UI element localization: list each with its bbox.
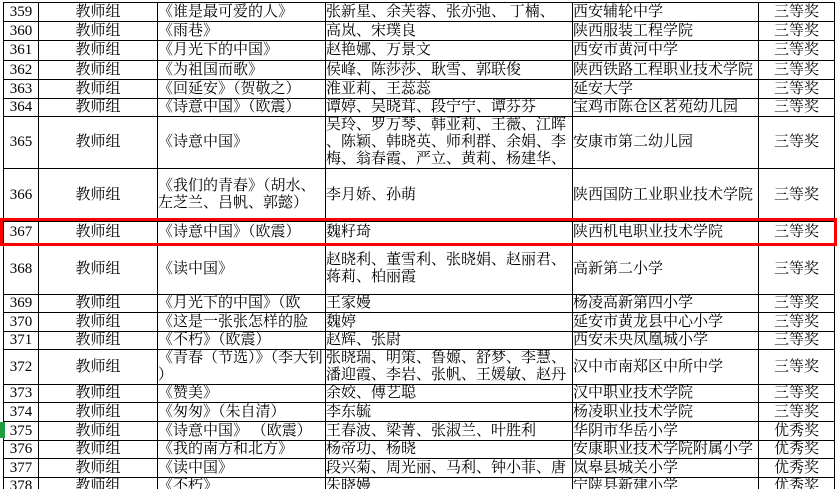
cell-award[interactable]: 三等奖 (759, 222, 835, 244)
cell-school[interactable]: 延安大学 (573, 80, 759, 99)
cell-participants[interactable]: 朱晓嫚 (326, 478, 573, 489)
cell-row-number[interactable]: 376 (4, 441, 39, 459)
document-page: 359教师组《谁是最可爱的人》张新星、余芙蓉、张亦弛、 丁楠、西安辅轮中学三等奖… (0, 0, 839, 489)
cell-group[interactable]: 教师组 (39, 61, 158, 80)
cell-school[interactable]: 高新第二小学 (573, 244, 759, 295)
cell-work-title[interactable]: 《不朽》（欧震） (158, 332, 326, 350)
cell-row-number[interactable]: 363 (4, 80, 39, 99)
table-row[interactable]: 372教师组《青春（节选）》（李大钊）张晓瑞、明策、鲁嫄、舒梦、李慧、潘迎霞、李… (4, 350, 835, 385)
cell-group[interactable]: 教师组 (39, 41, 158, 61)
cell-work-title[interactable]: 《月光下的中国》（欧 (158, 295, 326, 313)
cell-group[interactable]: 教师组 (39, 422, 158, 441)
cell-school[interactable]: 西安辅轮中学 (573, 3, 759, 22)
cell-row-number[interactable]: 366 (4, 169, 39, 222)
cell-participants[interactable]: 高岚、宋璞良 (326, 22, 573, 41)
cell-award[interactable]: 优秀奖 (759, 459, 835, 478)
cell-award[interactable]: 三等奖 (759, 385, 835, 403)
cell-participants[interactable]: 魏籽琦 (326, 222, 573, 244)
cell-work-title[interactable]: 《诗意中国》 （欧震） (158, 422, 326, 441)
cell-group[interactable]: 教师组 (39, 459, 158, 478)
cell-work-title[interactable]: 《月光下的中国》 (158, 41, 326, 61)
table-row[interactable]: 368教师组《读中国》赵晓利、董雪利、张晓娟、赵丽君、蒋莉、柏丽霞高新第二小学三… (4, 244, 835, 295)
cell-award[interactable]: 三等奖 (759, 61, 835, 80)
cell-award[interactable]: 三等奖 (759, 41, 835, 61)
cell-work-title[interactable]: 《回延安》（贺敬之） (158, 80, 326, 99)
cell-work-title[interactable]: 《青春（节选）》（李大钊） (158, 350, 326, 385)
cell-award[interactable]: 优秀奖 (759, 441, 835, 459)
cell-participants[interactable]: 魏婷 (326, 313, 573, 332)
cell-school[interactable]: 西安市黄河中学 (573, 41, 759, 61)
table-row[interactable]: 360教师组《雨巷》高岚、宋璞良陕西服装工程学院三等奖 (4, 22, 835, 41)
results-table-body: 359教师组《谁是最可爱的人》张新星、余芙蓉、张亦弛、 丁楠、西安辅轮中学三等奖… (4, 3, 835, 489)
cell-work-title[interactable]: 《谁是最可爱的人》 (158, 3, 326, 22)
table-row[interactable]: 375教师组《诗意中国》 （欧震）王春波、梁菁、张淑兰、叶胜利华阴市华岳小学优秀… (4, 422, 835, 441)
cell-work-title[interactable]: 《诗意中国》 (158, 117, 326, 169)
table-row[interactable]: 363教师组《回延安》（贺敬之）淮亚莉、王蕊蕊延安大学三等奖 (4, 80, 835, 99)
cell-school[interactable]: 安康职业技术学院附属小学 (573, 441, 759, 459)
cell-award[interactable]: 三等奖 (759, 403, 835, 422)
cell-participants[interactable]: 杨帝功、杨晓 (326, 441, 573, 459)
cell-school[interactable]: 汉中市南郑区中所中学 (573, 350, 759, 385)
cell-participants[interactable]: 吴玲、罗万琴、韩亚莉、王薇、江晖、陈颖、韩晓英、师利群、余娟、李梅、翁春霞、严立… (326, 117, 573, 169)
cell-school[interactable]: 陕西机电职业技术学院 (573, 222, 759, 244)
cell-participants[interactable]: 赵晓利、董雪利、张晓娟、赵丽君、蒋莉、柏丽霞 (326, 244, 573, 295)
cell-participants[interactable]: 余姣、傅艺聪 (326, 385, 573, 403)
cell-work-title[interactable]: 《雨巷》 (158, 22, 326, 41)
cell-participants[interactable]: 谭婷、吴晓茸、段宁宁、谭芬芬 (326, 99, 573, 117)
results-table: 359教师组《谁是最可爱的人》张新星、余芙蓉、张亦弛、 丁楠、西安辅轮中学三等奖… (3, 2, 835, 489)
cell-row-number[interactable]: 374 (4, 403, 39, 422)
cell-participants[interactable]: 赵艳娜、万景文 (326, 41, 573, 61)
cell-row-number[interactable]: 362 (4, 61, 39, 80)
cell-row-number[interactable]: 377 (4, 459, 39, 478)
cell-row-number[interactable]: 359 (4, 3, 39, 22)
cell-group[interactable]: 教师组 (39, 22, 158, 41)
cell-school[interactable]: 延安市黄龙县中心小学 (573, 313, 759, 332)
cell-school[interactable]: 陕西服装工程学院 (573, 22, 759, 41)
cell-award[interactable]: 三等奖 (759, 332, 835, 350)
cell-participants[interactable]: 侯峰、陈莎莎、耿雪、郭联俊 (326, 61, 573, 80)
cell-participants[interactable]: 李东毓 (326, 403, 573, 422)
cell-work-title[interactable]: 《读中国》 (158, 244, 326, 295)
table-row[interactable]: 376教师组《我的南方和北方》杨帝功、杨晓安康职业技术学院附属小学优秀奖 (4, 441, 835, 459)
cell-group[interactable]: 教师组 (39, 244, 158, 295)
cell-award[interactable]: 三等奖 (759, 350, 835, 385)
cell-participants[interactable]: 李月娇、孙萌 (326, 169, 573, 222)
cell-award[interactable]: 三等奖 (759, 80, 835, 99)
cell-row-number[interactable]: 370 (4, 313, 39, 332)
cell-school[interactable]: 岚皋县城关小学 (573, 459, 759, 478)
green-row-marker (0, 422, 5, 438)
cell-group[interactable]: 教师组 (39, 478, 158, 489)
table-row[interactable]: 366教师组《我们的青春》（胡水、左芝兰、吕帆、郭懿）李月娇、孙萌陕西国防工业职… (4, 169, 835, 222)
cell-participants[interactable]: 王家嫚 (326, 295, 573, 313)
table-row[interactable]: 378教师组《不朽》朱晓嫚宁陕县新建小学优秀奖 (4, 478, 835, 489)
cell-participants[interactable]: 淮亚莉、王蕊蕊 (326, 80, 573, 99)
cell-row-number[interactable]: 378 (4, 478, 39, 489)
cell-award[interactable]: 三等奖 (759, 3, 835, 22)
cell-group[interactable]: 教师组 (39, 441, 158, 459)
table-row[interactable]: 361教师组《月光下的中国》赵艳娜、万景文西安市黄河中学三等奖 (4, 41, 835, 61)
table-row[interactable]: 370教师组《这是一张张怎样的脸魏婷延安市黄龙县中心小学三等奖 (4, 313, 835, 332)
cell-school[interactable]: 西安未央凤凰城小学 (573, 332, 759, 350)
table-row[interactable]: 371教师组《不朽》（欧震）赵辉、张尉西安未央凤凰城小学三等奖 (4, 332, 835, 350)
cell-work-title[interactable]: 《读中国》 (158, 459, 326, 478)
cell-group[interactable]: 教师组 (39, 295, 158, 313)
cell-work-title[interactable]: 《赞美》 (158, 385, 326, 403)
table-row[interactable]: 373教师组《赞美》余姣、傅艺聪汉中职业技术学院三等奖 (4, 385, 835, 403)
cell-row-number[interactable]: 364 (4, 99, 39, 117)
cell-participants[interactable]: 张新星、余芙蓉、张亦弛、 丁楠、 (326, 3, 573, 22)
cell-row-number[interactable]: 365 (4, 117, 39, 169)
table-row[interactable]: 374教师组《匆匆》（朱自清）李东毓杨凌职业技术学院三等奖 (4, 403, 835, 422)
cell-work-title[interactable]: 《匆匆》（朱自清） (158, 403, 326, 422)
cell-group[interactable]: 教师组 (39, 403, 158, 422)
cell-row-number[interactable]: 369 (4, 295, 39, 313)
cell-work-title[interactable]: 《我们的青春》（胡水、左芝兰、吕帆、郭懿） (158, 169, 326, 222)
table-row[interactable]: 359教师组《谁是最可爱的人》张新星、余芙蓉、张亦弛、 丁楠、西安辅轮中学三等奖 (4, 3, 835, 22)
cell-school[interactable]: 汉中职业技术学院 (573, 385, 759, 403)
cell-award[interactable]: 三等奖 (759, 22, 835, 41)
cell-award[interactable]: 三等奖 (759, 169, 835, 222)
cell-award[interactable]: 三等奖 (759, 295, 835, 313)
cell-group[interactable]: 教师组 (39, 3, 158, 22)
cell-participants[interactable]: 段兴菊、周光丽、马利、钟小菲、唐 (326, 459, 573, 478)
cell-participants[interactable]: 王春波、梁菁、张淑兰、叶胜利 (326, 422, 573, 441)
cell-row-number[interactable]: 372 (4, 350, 39, 385)
cell-group[interactable]: 教师组 (39, 313, 158, 332)
cell-school[interactable]: 陕西国防工业职业技术学院 (573, 169, 759, 222)
cell-award[interactable]: 三等奖 (759, 244, 835, 295)
cell-participants[interactable]: 赵辉、张尉 (326, 332, 573, 350)
cell-school[interactable]: 安康市第二幼儿园 (573, 117, 759, 169)
cell-group[interactable]: 教师组 (39, 80, 158, 99)
cell-group[interactable]: 教师组 (39, 117, 158, 169)
cell-work-title[interactable]: 《不朽》 (158, 478, 326, 489)
table-row[interactable]: 369教师组《月光下的中国》（欧王家嫚杨凌高新第四小学三等奖 (4, 295, 835, 313)
cell-group[interactable]: 教师组 (39, 169, 158, 222)
cell-work-title[interactable]: 《诗意中国》（欧震） (158, 222, 326, 244)
cell-row-number[interactable]: 375 (4, 422, 39, 441)
cell-group[interactable]: 教师组 (39, 222, 158, 244)
cell-award[interactable]: 优秀奖 (759, 478, 835, 489)
cell-row-number[interactable]: 368 (4, 244, 39, 295)
table-row[interactable]: 365教师组《诗意中国》吴玲、罗万琴、韩亚莉、王薇、江晖、陈颖、韩晓英、师利群、… (4, 117, 835, 169)
cell-school[interactable]: 杨凌高新第四小学 (573, 295, 759, 313)
cell-group[interactable]: 教师组 (39, 350, 158, 385)
cell-school[interactable]: 宁陕县新建小学 (573, 478, 759, 489)
cell-award[interactable]: 优秀奖 (759, 422, 835, 441)
cell-group[interactable]: 教师组 (39, 385, 158, 403)
cell-award[interactable]: 三等奖 (759, 117, 835, 169)
cell-school[interactable]: 陕西铁路工程职业技术学院 (573, 61, 759, 80)
cell-award[interactable]: 三等奖 (759, 313, 835, 332)
cell-row-number[interactable]: 373 (4, 385, 39, 403)
cell-school[interactable]: 华阴市华岳小学 (573, 422, 759, 441)
cell-group[interactable]: 教师组 (39, 99, 158, 117)
cell-row-number[interactable]: 371 (4, 332, 39, 350)
cell-school[interactable]: 宝鸡市陈仓区茗苑幼儿园 (573, 99, 759, 117)
table-row[interactable]: 367教师组《诗意中国》（欧震）魏籽琦陕西机电职业技术学院三等奖 (4, 222, 835, 244)
cell-work-title[interactable]: 《我的南方和北方》 (158, 441, 326, 459)
cell-work-title[interactable]: 《为祖国而歌》 (158, 61, 326, 80)
cell-work-title[interactable]: 《诗意中国》（欧震） (158, 99, 326, 117)
cell-participants[interactable]: 张晓瑞、明策、鲁嫄、舒梦、李慧、潘迎霞、李岩、张帆、王媛敏、赵丹 (326, 350, 573, 385)
cell-group[interactable]: 教师组 (39, 332, 158, 350)
table-row[interactable]: 362教师组《为祖国而歌》侯峰、陈莎莎、耿雪、郭联俊陕西铁路工程职业技术学院三等… (4, 61, 835, 80)
table-row[interactable]: 364教师组《诗意中国》（欧震）谭婷、吴晓茸、段宁宁、谭芬芬宝鸡市陈仓区茗苑幼儿… (4, 99, 835, 117)
cell-row-number[interactable]: 361 (4, 41, 39, 61)
cell-school[interactable]: 杨凌职业技术学院 (573, 403, 759, 422)
cell-work-title[interactable]: 《这是一张张怎样的脸 (158, 313, 326, 332)
cell-award[interactable]: 三等奖 (759, 99, 835, 117)
table-row[interactable]: 377教师组《读中国》段兴菊、周光丽、马利、钟小菲、唐岚皋县城关小学优秀奖 (4, 459, 835, 478)
cell-row-number[interactable]: 367 (4, 222, 39, 244)
cell-row-number[interactable]: 360 (4, 22, 39, 41)
